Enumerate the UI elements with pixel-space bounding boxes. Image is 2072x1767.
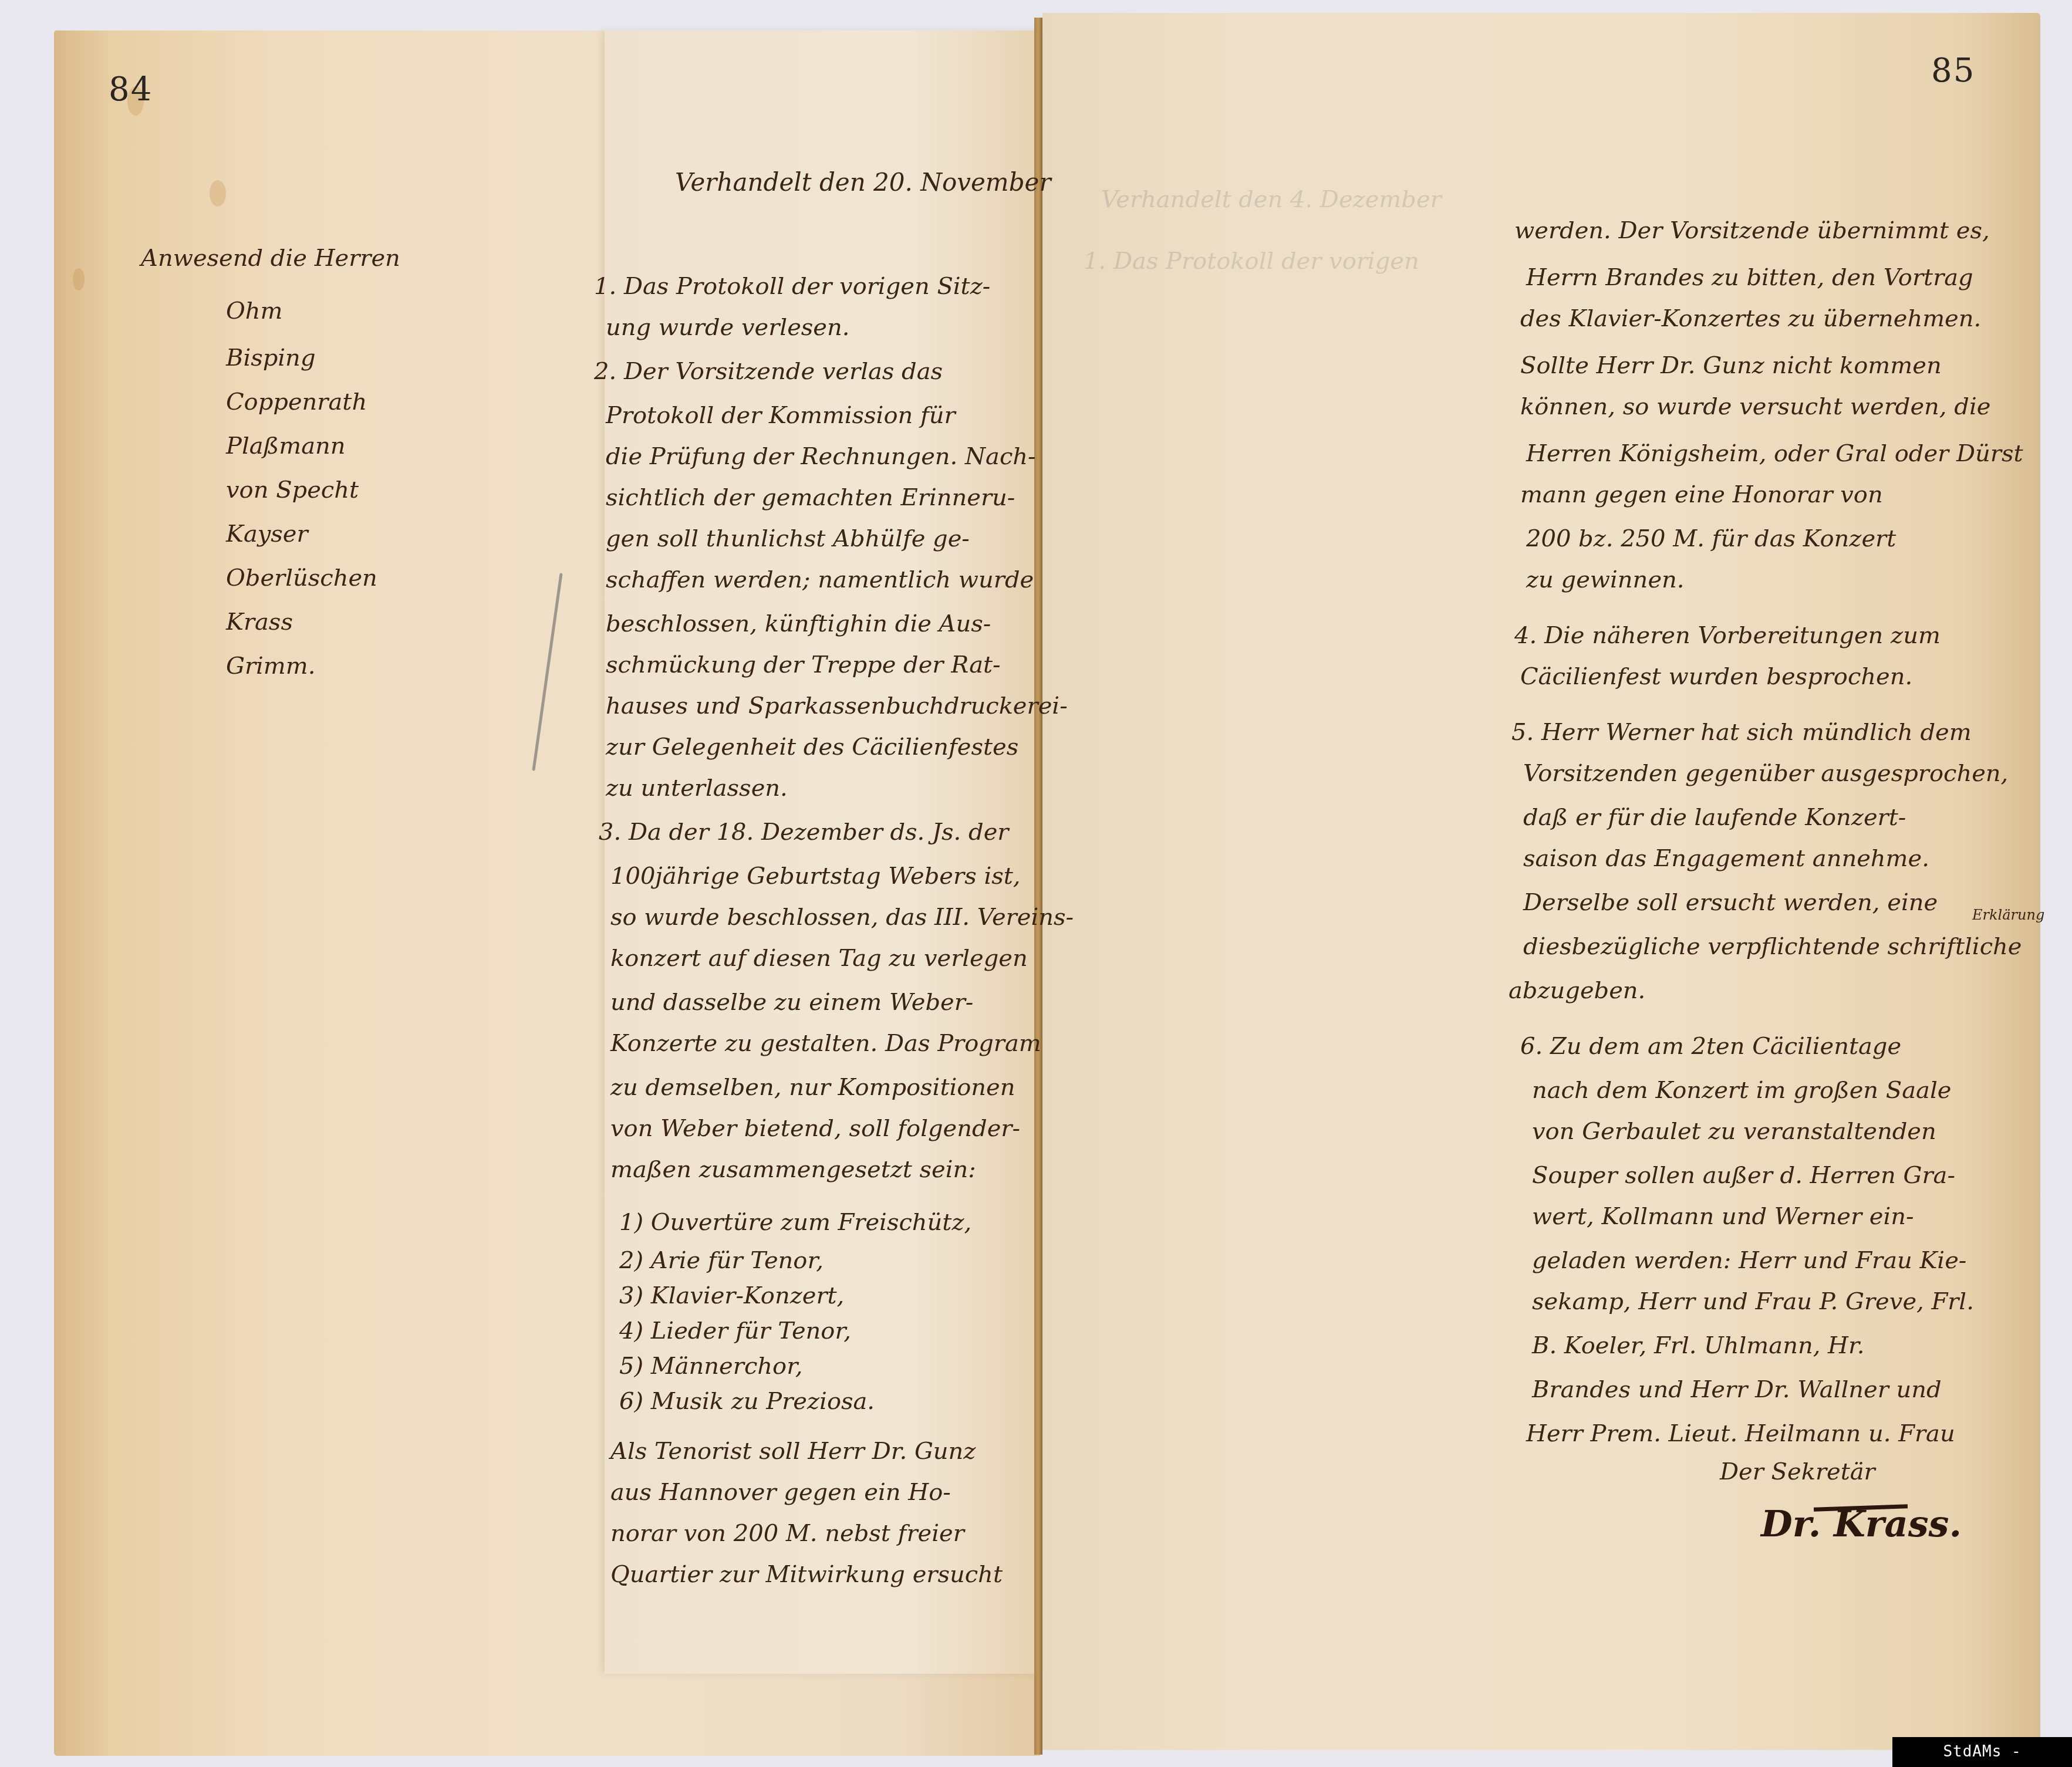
minutes-line: aus Hannover gegen ein Ho- xyxy=(610,1479,951,1506)
minutes-line: saison das Engagement annehme. xyxy=(1523,845,1929,872)
minutes-line: maßen zusammengesetzt sein: xyxy=(610,1156,976,1183)
attendee-name: Ohm xyxy=(226,299,282,323)
minutes-line: norar von 200 M. nebst freier xyxy=(610,1520,964,1547)
minutes-line: 3. Da der 18. Dezember ds. Js. der xyxy=(599,819,1008,846)
minutes-line: sekamp, Herr und Frau P. Greve, Frl. xyxy=(1532,1288,1974,1315)
minutes-line: zu unterlassen. xyxy=(606,775,788,802)
minutes-line: 1. Das Protokoll der vorigen Sitz- xyxy=(594,273,990,300)
program-item: 6) Musik zu Preziosa. xyxy=(619,1388,875,1415)
minutes-line: 200 bz. 250 M. für das Konzert xyxy=(1526,525,1896,552)
minutes-line: Brandes und Herr Dr. Wallner und xyxy=(1532,1376,1942,1403)
minutes-line: werden. Der Vorsitzende übernimmt es, xyxy=(1514,217,1990,244)
minutes-line: Souper sollen außer d. Herren Gra- xyxy=(1532,1162,1955,1189)
minutes-line: des Klavier-Konzertes zu übernehmen. xyxy=(1520,305,1981,332)
minutes-line: von Gerbaulet zu veranstaltenden xyxy=(1532,1118,1936,1145)
program-item: 4) Lieder für Tenor, xyxy=(619,1317,851,1344)
minutes-line: geladen werden: Herr und Frau Kie- xyxy=(1532,1247,1966,1274)
minutes-line: schaffen werden; namentlich wurde xyxy=(606,566,1034,593)
minutes-line: Konzerte zu gestalten. Das Program xyxy=(610,1030,1041,1057)
archive-label: StdAMs - MV_004_116 xyxy=(1892,1737,2072,1767)
secretary-title: Der Sekretär xyxy=(1720,1458,1875,1485)
minutes-line: daß er für die laufende Konzert- xyxy=(1523,804,1906,831)
minutes-line: abzugeben. xyxy=(1509,977,1645,1004)
minutes-line: B. Koeler, Frl. Uhlmann, Hr. xyxy=(1532,1332,1864,1359)
program-item: 2) Arie für Tenor, xyxy=(619,1247,824,1274)
minutes-line: 100jährige Geburtstag Webers ist, xyxy=(610,863,1021,890)
minutes-line: ung wurde verlesen. xyxy=(606,314,850,341)
minutes-line: hauses und Sparkassenbuchdruckerei- xyxy=(606,692,1068,719)
attendee-name: Plaßmann xyxy=(226,434,346,458)
minutes-line: wert, Kollmann und Werner ein- xyxy=(1532,1203,1914,1230)
minutes-line: Protokoll der Kommission für xyxy=(606,402,956,429)
minutes-line: zu demselben, nur Kompositionen xyxy=(610,1074,1015,1101)
minutes-line: von Weber bietend, soll folgender- xyxy=(610,1115,1020,1142)
minutes-line: schmückung der Treppe der Rat- xyxy=(606,651,1001,678)
minutes-line: 6. Zu dem am 2ten Cäcilientage xyxy=(1520,1033,1901,1060)
stain xyxy=(73,268,85,290)
minutes-line: Als Tenorist soll Herr Dr. Gunz xyxy=(610,1438,976,1465)
bleed-through-text: 1. Das Protokoll der vorigen xyxy=(1084,248,1419,275)
attendee-name: Krass xyxy=(226,610,293,634)
minutes-line: und dasselbe zu einem Weber- xyxy=(610,989,973,1016)
attendee-name: Kayser xyxy=(226,522,308,546)
minutes-line: Derselbe soll ersucht werden, eine xyxy=(1523,889,1938,916)
attendee-name: Coppenrath xyxy=(226,390,367,414)
minutes-line: Quartier zur Mitwirkung ersucht xyxy=(610,1561,1003,1588)
minutes-title: Verhandelt den 20. November xyxy=(675,170,1051,195)
minutes-line: beschlossen, künftighin die Aus- xyxy=(606,610,991,637)
attendee-name: Oberlüschen xyxy=(226,566,377,590)
minutes-line: nach dem Konzert im großen Saale xyxy=(1532,1077,1951,1104)
program-item: 1) Ouvertüre zum Freischütz, xyxy=(619,1209,971,1236)
book-spine xyxy=(1034,18,1042,1755)
minutes-line: die Prüfung der Rechnungen. Nach- xyxy=(606,443,1036,470)
minutes-line: sichtlich der gemachten Erinneru- xyxy=(606,484,1015,511)
minutes-line: 2. Der Vorsitzende verlas das xyxy=(594,358,943,385)
attendee-name: von Specht xyxy=(226,478,359,502)
minutes-line: diesbezügliche verpflichtende schriftlic… xyxy=(1523,933,2022,960)
minutes-line: zu gewinnen. xyxy=(1526,566,1685,593)
attendance-heading: Anwesend die Herren xyxy=(141,246,400,270)
bleed-through-text: Verhandelt den 4. Dezember xyxy=(1101,186,1442,213)
attendee-name: Grimm. xyxy=(226,654,315,678)
minutes-line: Sollte Herr Dr. Gunz nicht kommen xyxy=(1520,352,1942,379)
stain xyxy=(210,180,226,207)
page-number-left: 84 xyxy=(109,70,153,109)
minutes-line: Herr Prem. Lieut. Heilmann u. Frau xyxy=(1526,1420,1955,1447)
minutes-line: Cäcilienfest wurden besprochen. xyxy=(1520,663,1912,690)
minutes-line: konzert auf diesen Tag zu verlegen xyxy=(610,945,1028,972)
minutes-line: 4. Die näheren Vorbereitungen zum xyxy=(1514,622,1941,649)
signature: Dr. Krass. xyxy=(1761,1502,1962,1545)
page-number-right: 85 xyxy=(1931,52,1975,90)
minutes-line: können, so wurde versucht werden, die xyxy=(1520,393,1990,420)
interlinear-insert: Erklärung xyxy=(1972,907,2044,923)
minutes-line: Vorsitzenden gegenüber ausgesprochen, xyxy=(1523,760,2008,787)
attendee-name: Bisping xyxy=(226,346,315,370)
program-item: 3) Klavier-Konzert, xyxy=(619,1282,844,1309)
minutes-line: so wurde beschlossen, das III. Vereins- xyxy=(610,904,1074,931)
minutes-line: 5. Herr Werner hat sich mündlich dem xyxy=(1511,719,1972,746)
minutes-line: gen soll thunlichst Abhülfe ge- xyxy=(606,525,970,552)
minutes-line: mann gegen eine Honorar von xyxy=(1520,481,1883,508)
program-item: 5) Männerchor, xyxy=(619,1353,803,1380)
minutes-line: Herrn Brandes zu bitten, den Vortrag xyxy=(1526,264,1973,291)
minutes-line: Herren Königsheim, oder Gral oder Dürst xyxy=(1526,440,2023,467)
minutes-line: zur Gelegenheit des Cäcilienfestes xyxy=(606,734,1018,761)
